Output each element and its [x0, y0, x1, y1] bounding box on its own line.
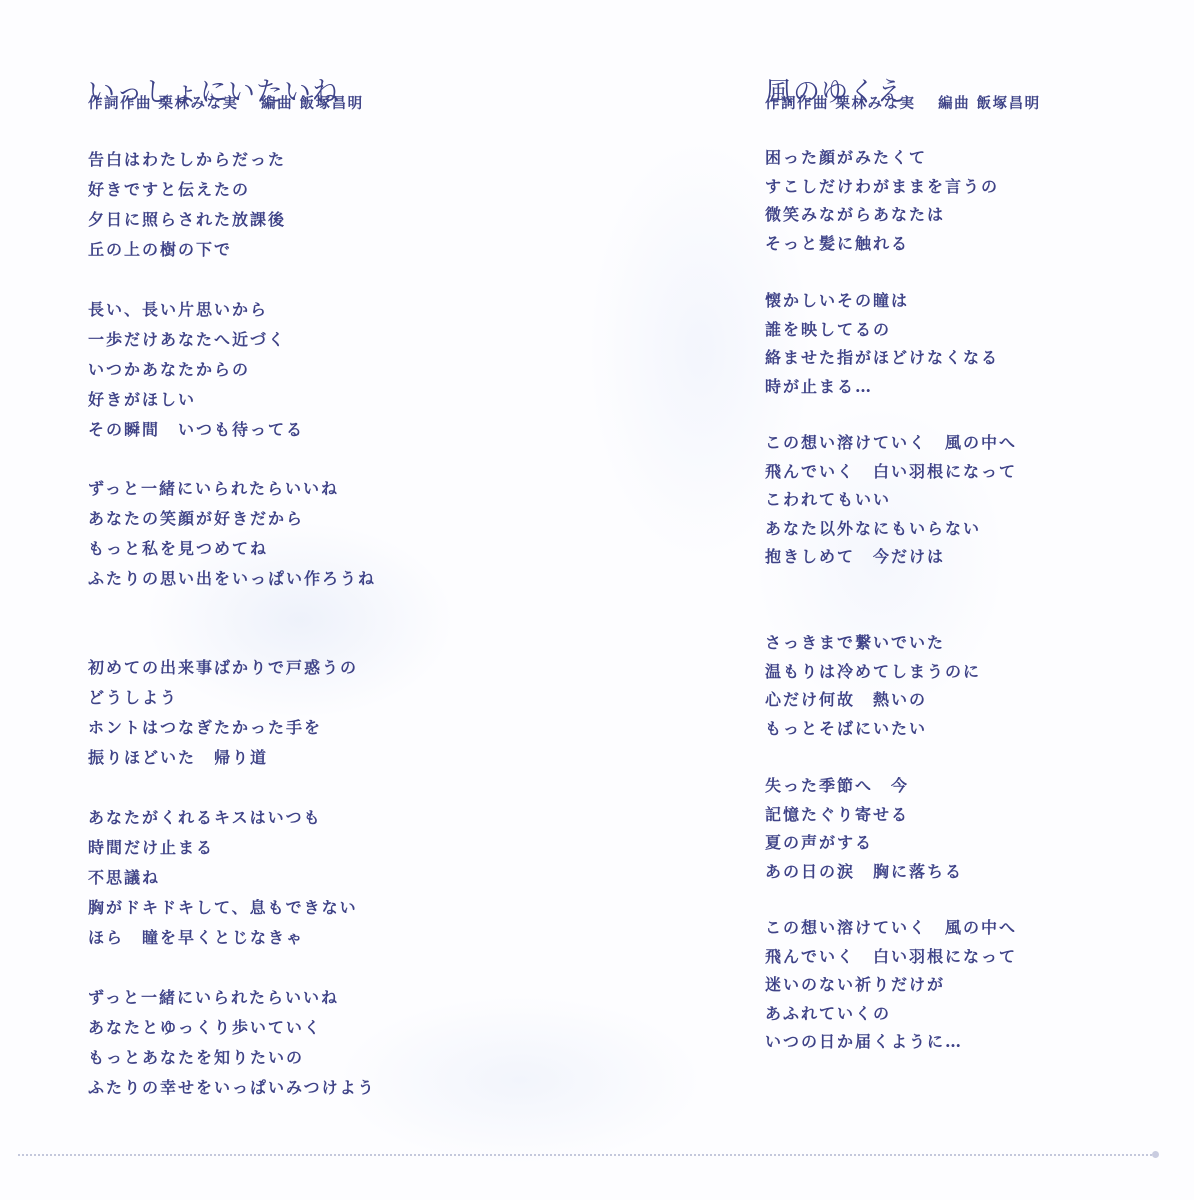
lyric-line: もっとそばにいたい [765, 715, 981, 744]
stanza: この想い溶けていく 風の中へ 飛んでいく 白い羽根になって 迷いのない祈りだけが… [765, 914, 1017, 1057]
song-credits: 作詞作曲 栗林みな実 編曲 飯塚昌明 [765, 92, 1041, 113]
divider-end-dot [1152, 1151, 1159, 1158]
lyric-line: 抱きしめて 今だけは [765, 543, 1017, 572]
lyric-line: 振りほどいた 帰り道 [88, 743, 358, 773]
stanza: 困った顔がみたくて すこしだけわがままを言うの 微笑みながらあなたは そっと髪に… [765, 144, 999, 258]
lyric-line: いつかあなたからの [88, 355, 304, 385]
lyric-line: 飛んでいく 白い羽根になって [765, 458, 1017, 487]
lyric-line: 長い、長い片思いから [88, 295, 304, 325]
lyric-line: 温もりは冷めてしまうのに [765, 658, 981, 687]
song-credits: 作詞作曲 栗林みな実 編曲 飯塚昌明 [88, 92, 364, 113]
lyric-line: あなたの笑顔が好きだから [88, 504, 376, 534]
stanza: 懐かしいその瞳は 誰を映してるの 絡ませた指がほどけなくなる 時が止まる… [765, 287, 999, 401]
lyric-line: 丘の上の樹の下で [88, 235, 286, 265]
lyric-line: 微笑みながらあなたは [765, 201, 999, 230]
lyric-line: もっと私を見つめてね [88, 534, 376, 564]
lyric-line: 一歩だけあなたへ近づく [88, 325, 304, 355]
lyric-line: ほら 瞳を早くとじなきゃ [88, 923, 358, 953]
lyric-line: あなたがくれるキスはいつも [88, 803, 358, 833]
lyric-line: あなた以外なにもいらない [765, 515, 1017, 544]
lyric-line: 飛んでいく 白い羽根になって [765, 943, 1017, 972]
lyric-line: さっきまで繋いでいた [765, 629, 981, 658]
lyric-line: あの日の涙 胸に落ちる [765, 858, 963, 887]
lyric-line: 困った顔がみたくて [765, 144, 999, 173]
lyric-line: どうしよう [88, 683, 358, 713]
lyric-line: 心だけ何故 熱いの [765, 686, 981, 715]
lyric-line: 夕日に照らされた放課後 [88, 205, 286, 235]
lyric-line: 好きがほしい [88, 385, 304, 415]
lyric-line: もっとあなたを知りたいの [88, 1043, 376, 1073]
lyric-line: 時が止まる… [765, 373, 999, 402]
lyric-line: その瞬間 いつも待ってる [88, 415, 304, 445]
lyric-line: そっと髪に触れる [765, 230, 999, 259]
lyric-line: 誰を映してるの [765, 316, 999, 345]
lyric-line: 失った季節へ 今 [765, 772, 963, 801]
stanza: ずっと一緒にいられたらいいね あなたの笑顔が好きだから もっと私を見つめてね ふ… [88, 474, 376, 594]
dotted-divider [18, 1154, 1152, 1156]
lyric-line: この想い溶けていく 風の中へ [765, 914, 1017, 943]
lyric-line: ふたりの幸せをいっぱいみつけよう [88, 1073, 376, 1103]
lyric-line: 時間だけ止まる [88, 833, 358, 863]
lyric-line: いつの日か届くように… [765, 1028, 1017, 1057]
lyric-line: すこしだけわがままを言うの [765, 173, 999, 202]
lyric-line: ホントはつなぎたかった手を [88, 713, 358, 743]
stanza: この想い溶けていく 風の中へ 飛んでいく 白い羽根になって こわれてもいい あな… [765, 429, 1017, 572]
lyric-line: あなたとゆっくり歩いていく [88, 1013, 376, 1043]
lyric-line: この想い溶けていく 風の中へ [765, 429, 1017, 458]
lyric-line: 絡ませた指がほどけなくなる [765, 344, 999, 373]
lyric-line: こわれてもいい [765, 486, 1017, 515]
lyric-line: ずっと一緒にいられたらいいね [88, 474, 376, 504]
stanza: ずっと一緒にいられたらいいね あなたとゆっくり歩いていく もっとあなたを知りたい… [88, 983, 376, 1103]
stanza: さっきまで繋いでいた 温もりは冷めてしまうのに 心だけ何故 熱いの もっとそばに… [765, 629, 981, 743]
lyric-line: 記憶たぐり寄せる [765, 801, 963, 830]
lyric-line: 好きですと伝えたの [88, 175, 286, 205]
stanza: あなたがくれるキスはいつも 時間だけ止まる 不思議ね 胸がドキドキして、息もでき… [88, 803, 358, 953]
lyric-line: 不思議ね [88, 863, 358, 893]
lyric-line: ふたりの思い出をいっぱい作ろうね [88, 564, 376, 594]
lyric-line: あふれていくの [765, 1000, 1017, 1029]
lyric-line: 胸がドキドキして、息もできない [88, 893, 358, 923]
stanza: 長い、長い片思いから 一歩だけあなたへ近づく いつかあなたからの 好きがほしい … [88, 295, 304, 445]
stanza: 初めての出来事ばかりで戸惑うの どうしよう ホントはつなぎたかった手を 振りほど… [88, 653, 358, 773]
lyric-line: 迷いのない祈りだけが [765, 971, 1017, 1000]
lyric-line: ずっと一緒にいられたらいいね [88, 983, 376, 1013]
lyric-line: 懐かしいその瞳は [765, 287, 999, 316]
stanza: 失った季節へ 今 記憶たぐり寄せる 夏の声がする あの日の涙 胸に落ちる [765, 772, 963, 886]
lyric-line: 初めての出来事ばかりで戸惑うの [88, 653, 358, 683]
lyric-line: 夏の声がする [765, 829, 963, 858]
stanza: 告白はわたしからだった 好きですと伝えたの 夕日に照らされた放課後 丘の上の樹の… [88, 145, 286, 265]
lyric-line: 告白はわたしからだった [88, 145, 286, 175]
